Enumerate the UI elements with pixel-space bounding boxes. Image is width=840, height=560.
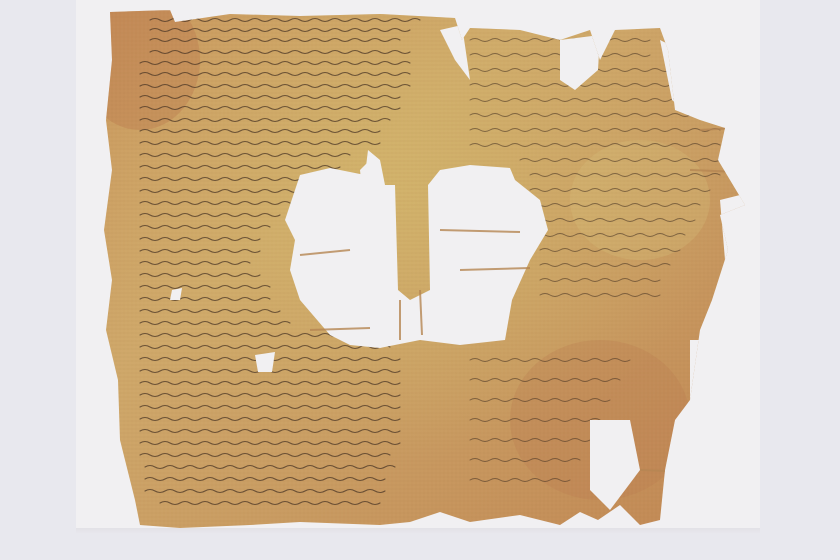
papyrus-fragment bbox=[0, 0, 840, 560]
papyrus-body bbox=[80, 0, 760, 540]
photo-stage bbox=[0, 0, 840, 560]
